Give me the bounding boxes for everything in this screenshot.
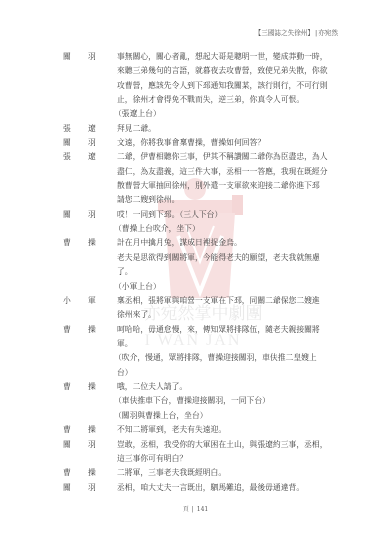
dialogue-text: 軍。 bbox=[117, 337, 133, 351]
dialogue-text: 了。 bbox=[117, 265, 133, 279]
speaker-char-1: 關 bbox=[63, 136, 71, 150]
dialogue-text: 哦，二位夫人請了。 bbox=[117, 380, 187, 394]
dialogue-text: 豈敢，丞相，我受你的大軍困在土山，與張遼約三事，丞相， bbox=[117, 438, 328, 452]
dialogue-text: 丞相，咱大丈夫一言既出，駟馬難追，最後毋通違背。 bbox=[117, 481, 304, 495]
stage-direction-line: （吹介，慢通，眾將排隊，曹操迎接關羽，車伕推二皇嫂上 bbox=[0, 351, 391, 365]
speaker-char-2: 操 bbox=[88, 323, 96, 337]
speaker-char-2: 羽 bbox=[88, 438, 96, 452]
running-header: 【三國誌之失徐州】|亦宛然 bbox=[255, 28, 338, 38]
speaker-char-2: 遼 bbox=[88, 122, 96, 136]
dialogue-line: 曹 操 二將軍，三事老夫我既經明白。 bbox=[0, 466, 391, 480]
stage-direction: （吹介，慢通，眾將排隊，曹操迎接關羽，車伕推二皇嫂上 bbox=[114, 351, 317, 365]
dialogue-continuation: 老夫是思欲得到關將軍，今能得老夫的願望，老夫我就無慮 bbox=[0, 251, 391, 265]
dialogue-line: 關 羽 丞相，咱大丈夫一言既出，駟馬難追，最後毋通違背。 bbox=[0, 481, 391, 495]
dialogue-continuation: 散曹營大軍抽回徐州，別外遣一支軍欲來迎接二爺你進下邳 bbox=[0, 179, 391, 193]
dialogue-line: 曹 操 呵哈哈，毋通怠慢，來，傳知眾將排隊伍，隨老夫親接關將 bbox=[0, 323, 391, 337]
dialogue-line: 張 遼 二爺，伊曹相聽你三事，伊其不稱讚關二爺你為臣盡忠，為人 bbox=[0, 150, 391, 164]
speaker-char-1: 曹 bbox=[63, 423, 71, 437]
stage-direction-line: （關羽與曹操上台，坐台） bbox=[0, 409, 391, 423]
dialogue-text: 散曹營大軍抽回徐州，別外遣一支軍欲來迎接二爺你進下邳 bbox=[117, 179, 320, 193]
script-body: 關 羽 事無關心，關心者亂，想起大哥是聰明一世，變成莽動一時， 來聽三弟幾句的言… bbox=[0, 50, 391, 495]
speaker-char-2: 羽 bbox=[88, 208, 96, 222]
dialogue-text: 盡仁，為友盡義，這三件大事，丞相一一答應，我現在既經分 bbox=[117, 165, 328, 179]
stage-direction: （曹操上台吹介，坐下） bbox=[114, 222, 200, 236]
dialogue-line: 關 羽 文遠，你將我事會稟曹操，曹操如何回答？ bbox=[0, 136, 391, 150]
dialogue-text: 文遠，你將我事會稟曹操，曹操如何回答？ bbox=[117, 136, 265, 150]
stage-direction: （車伕推車下台，曹操迎接關羽，一同下台） bbox=[114, 394, 270, 408]
dialogue-continuation: 這三事你可有明白？ bbox=[0, 452, 391, 466]
dialogue-continuation: 盡仁，為友盡義，這三件大事，丞相一一答應，我現在既經分 bbox=[0, 165, 391, 179]
speaker-char-2: 羽 bbox=[88, 136, 96, 150]
dialogue-continuation: 止，徐州才會得免不戰而失，逆三弟，你真令人可恨。 bbox=[0, 93, 391, 107]
book-title: 【三國誌之失徐州】 bbox=[255, 29, 314, 37]
speaker-char-1: 關 bbox=[63, 208, 71, 222]
speaker-char-1: 關 bbox=[63, 481, 71, 495]
stage-direction: （小軍上台） bbox=[114, 280, 161, 294]
speaker-char-2: 操 bbox=[88, 380, 96, 394]
dialogue-text: 這三事你可有明白？ bbox=[117, 452, 187, 466]
speaker-char-2: 操 bbox=[88, 236, 96, 250]
dialogue-line: 關 羽 事無關心，關心者亂，想起大哥是聰明一世，變成莽動一時， bbox=[0, 50, 391, 64]
page-footer: 頁|141 bbox=[0, 505, 391, 515]
dialogue-text: 來聽三弟幾句的言語，就暮夜去攻曹營，致使兄弟失散，你欲 bbox=[117, 64, 328, 78]
speaker-char-1: 關 bbox=[63, 438, 71, 452]
dialogue-text: 攻曹營，應該先令人到下邳通知我關某，該行則行，不可行則 bbox=[117, 79, 328, 93]
stage-direction: （關羽與曹操上台，坐台） bbox=[114, 409, 208, 423]
page-label: 頁 bbox=[183, 506, 189, 513]
dialogue-line: 曹 操 計在月中擒月兔，謀成日裡捉金烏。 bbox=[0, 236, 391, 250]
stage-direction-line: （車伕推車下台，曹操迎接關羽，一同下台） bbox=[0, 394, 391, 408]
dialogue-continuation: 請您二嫂到徐州。 bbox=[0, 193, 391, 207]
speaker-char-1: 曹 bbox=[63, 323, 71, 337]
dialogue-text: 計在月中擒月兔，謀成日裡捉金烏。 bbox=[117, 236, 242, 250]
dialogue-text: 請您二嫂到徐州。 bbox=[117, 193, 179, 207]
dialogue-text: 拜見二爺。 bbox=[117, 122, 156, 136]
dialogue-continuation: 來聽三弟幾句的言語，就暮夜去攻曹營，致使兄弟失散，你欲 bbox=[0, 64, 391, 78]
speaker-char-2: 軍 bbox=[88, 294, 96, 308]
speaker-char-2: 操 bbox=[88, 466, 96, 480]
dialogue-text: 徐州來了。 bbox=[117, 308, 156, 322]
dialogue-text: 二將軍，三事老夫我既經明白。 bbox=[117, 466, 226, 480]
dialogue-text: 不知二將軍到，老夫有失遠迎。 bbox=[117, 423, 226, 437]
troupe-name: 亦宛然 bbox=[318, 29, 338, 37]
stage-direction: （張遼上台） bbox=[114, 107, 161, 121]
speaker-char-1: 曹 bbox=[63, 380, 71, 394]
stage-direction-line: （張遼上台） bbox=[0, 107, 391, 121]
dialogue-text: 止，徐州才會得免不戰而失，逆三弟，你真令人可恨。 bbox=[117, 93, 304, 107]
dialogue-continuation: 軍。 bbox=[0, 337, 391, 351]
speaker-char-1: 關 bbox=[63, 50, 71, 64]
speaker-char-2: 羽 bbox=[88, 50, 96, 64]
speaker-char-2: 遼 bbox=[88, 150, 96, 164]
dialogue-line: 關 羽 豈敢，丞相，我受你的大軍困在土山，與張遼約三事，丞相， bbox=[0, 438, 391, 452]
dialogue-line: 關 羽 哎！一同到下邳。（三人下台） bbox=[0, 208, 391, 222]
speaker-char-2: 操 bbox=[88, 423, 96, 437]
stage-direction-continuation: 台） bbox=[0, 366, 391, 380]
header-separator: | bbox=[315, 29, 317, 37]
dialogue-text: 老夫是思欲得到關將軍，今能得老夫的願望，老夫我就無慮 bbox=[117, 251, 320, 265]
dialogue-continuation: 徐州來了。 bbox=[0, 308, 391, 322]
speaker-char-1: 曹 bbox=[63, 236, 71, 250]
speaker-char-1: 曹 bbox=[63, 466, 71, 480]
speaker-char-1: 張 bbox=[63, 150, 71, 164]
speaker-char-1: 小 bbox=[63, 294, 71, 308]
dialogue-continuation: 了。 bbox=[0, 265, 391, 279]
dialogue-line: 張 遼 拜見二爺。 bbox=[0, 122, 391, 136]
stage-direction-line: （小軍上台） bbox=[0, 280, 391, 294]
dialogue-text: 稟丞相，張將軍與咱營一支軍在下邳，同關二爺保您二嫂進 bbox=[117, 294, 320, 308]
dialogue-line: 曹 操 不知二將軍到，老夫有失遠迎。 bbox=[0, 423, 391, 437]
dialogue-line: 曹 操 哦，二位夫人請了。 bbox=[0, 380, 391, 394]
dialogue-text: 事無關心，關心者亂，想起大哥是聰明一世，變成莽動一時， bbox=[117, 50, 328, 64]
footer-separator: | bbox=[192, 506, 194, 513]
speaker-char-2: 羽 bbox=[88, 481, 96, 495]
page-number: 141 bbox=[197, 506, 208, 513]
stage-direction-line: （曹操上台吹介，坐下） bbox=[0, 222, 391, 236]
dialogue-continuation: 攻曹營，應該先令人到下邳通知我關某，該行則行，不可行則 bbox=[0, 79, 391, 93]
dialogue-text: 二爺，伊曹相聽你三事，伊其不稱讚關二爺你為臣盡忠，為人 bbox=[117, 150, 328, 164]
dialogue-text: 呵哈哈，毋通怠慢，來，傳知眾將排隊伍，隨老夫親接關將 bbox=[117, 323, 320, 337]
stage-direction: 台） bbox=[117, 366, 133, 380]
dialogue-text: 哎！一同到下邳。（三人下台） bbox=[117, 208, 222, 222]
speaker-char-1: 張 bbox=[63, 122, 71, 136]
dialogue-line: 小 軍 稟丞相，張將軍與咱營一支軍在下邳，同關二爺保您二嫂進 bbox=[0, 294, 391, 308]
